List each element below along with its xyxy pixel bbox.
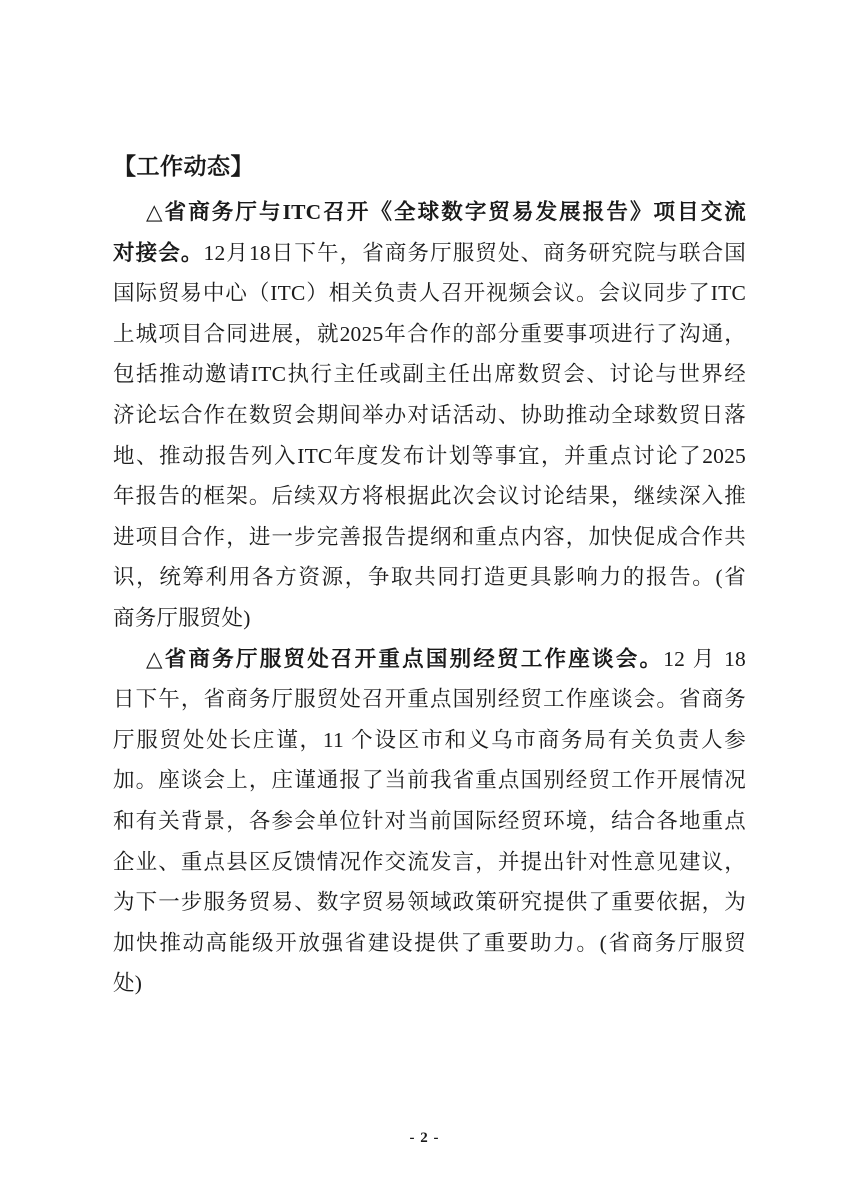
article-title-bold: 对接会。 xyxy=(113,241,204,265)
article-text: 地、推动报告列入ITC年度发布计划等事宜，并重点讨论了2025 xyxy=(113,444,746,468)
document-content: 【工作动态】 △省商务厅与ITC召开《全球数字贸易发展报告》项目交流 对接会。1… xyxy=(113,150,746,1004)
article-line: 加。座谈会上，庄谨通报了当前我省重点国别经贸工作开展情况 xyxy=(113,760,746,801)
article-text: 包括推动邀请ITC执行主任或副主任出席数贸会、讨论与世界经 xyxy=(113,362,746,386)
article-line: 对接会。12月18日下午，省商务厅服贸处、商务研究院与联合国 xyxy=(113,233,746,274)
article-text: 济论坛合作在数贸会期间举办对话活动、协助推动全球数贸日落 xyxy=(113,403,746,427)
article-text: 加快推动高能级开放强省建设提供了重要助力。(省商务厅服贸 xyxy=(113,931,746,955)
article-text: 年报告的框架。后续双方将根据此次会议讨论结果，继续深入推 xyxy=(113,484,746,508)
article-text: 和有关背景，各参会单位针对当前国际经贸环境，结合各地重点 xyxy=(113,809,746,833)
article-text: 进项目合作，进一步完善报告提纲和重点内容，加快促成合作共 xyxy=(113,525,746,549)
article-line: 年报告的框架。后续双方将根据此次会议讨论结果，继续深入推 xyxy=(113,476,746,517)
document-page: 【工作动态】 △省商务厅与ITC召开《全球数字贸易发展报告》项目交流 对接会。1… xyxy=(0,0,849,1200)
article-text: 12月18日下午，省商务厅服贸处、商务研究院与联合国 xyxy=(204,241,746,265)
article-line: △省商务厅与ITC召开《全球数字贸易发展报告》项目交流 xyxy=(113,192,746,233)
article-line: △省商务厅服贸处召开重点国别经贸工作座谈会。12 月 18 xyxy=(113,639,746,680)
article-text: 厅服贸处处长庄谨，11 个设区市和义乌市商务局有关负责人参 xyxy=(113,728,746,752)
article-line: 企业、重点县区反馈情况作交流发言，并提出针对性意见建议， xyxy=(113,842,746,883)
article-text: 处) xyxy=(113,971,142,995)
article-text: 识，统筹利用各方资源，争取共同打造更具影响力的报告。(省 xyxy=(113,565,746,589)
article-line: 加快推动高能级开放强省建设提供了重要助力。(省商务厅服贸 xyxy=(113,923,746,964)
article-text: 为下一步服务贸易、数字贸易领域政策研究提供了重要依据，为 xyxy=(113,890,746,914)
article-line: 和有关背景，各参会单位针对当前国际经贸环境，结合各地重点 xyxy=(113,801,746,842)
article-text: 日下午，省商务厅服贸处召开重点国别经贸工作座谈会。省商务 xyxy=(113,687,746,711)
article-text: 加。座谈会上，庄谨通报了当前我省重点国别经贸工作开展情况 xyxy=(113,768,746,792)
article-line: 济论坛合作在数贸会期间举办对话活动、协助推动全球数贸日落 xyxy=(113,395,746,436)
article-title-bold: △省商务厅服贸处召开重点国别经贸工作座谈会。 xyxy=(146,647,663,671)
article-text: 商务厅服贸处) xyxy=(113,606,251,630)
article-text: 国际贸易中心（ITC）相关负责人召开视频会议。会议同步了ITC xyxy=(113,281,746,305)
article-text: 12 月 18 xyxy=(663,647,746,671)
article-line: 识，统筹利用各方资源，争取共同打造更具影响力的报告。(省 xyxy=(113,557,746,598)
news-article-country-trade-symposium: △省商务厅服贸处召开重点国别经贸工作座谈会。12 月 18 日下午，省商务厅服贸… xyxy=(113,639,746,1004)
article-line: 地、推动报告列入ITC年度发布计划等事宜，并重点讨论了2025 xyxy=(113,436,746,477)
article-line: 进项目合作，进一步完善报告提纲和重点内容，加快促成合作共 xyxy=(113,517,746,558)
article-line: 上城项目合同进展，就2025年合作的部分重要事项进行了沟通， xyxy=(113,314,746,355)
article-line: 商务厅服贸处) xyxy=(113,598,746,639)
news-article-itc-meeting: △省商务厅与ITC召开《全球数字贸易发展报告》项目交流 对接会。12月18日下午… xyxy=(113,192,746,639)
article-text: 上城项目合同进展，就2025年合作的部分重要事项进行了沟通， xyxy=(113,322,746,346)
article-line: 日下午，省商务厅服贸处召开重点国别经贸工作座谈会。省商务 xyxy=(113,679,746,720)
article-line: 厅服贸处处长庄谨，11 个设区市和义乌市商务局有关负责人参 xyxy=(113,720,746,761)
article-text: 企业、重点县区反馈情况作交流发言，并提出针对性意见建议， xyxy=(113,850,746,874)
article-line: 国际贸易中心（ITC）相关负责人召开视频会议。会议同步了ITC xyxy=(113,273,746,314)
article-line: 为下一步服务贸易、数字贸易领域政策研究提供了重要依据，为 xyxy=(113,882,746,923)
article-line: 处) xyxy=(113,963,746,1004)
page-number: - 2 - xyxy=(0,1130,849,1147)
article-title-bold: △省商务厅与ITC召开《全球数字贸易发展报告》项目交流 xyxy=(146,200,746,224)
section-heading: 【工作动态】 xyxy=(113,150,746,183)
article-line: 包括推动邀请ITC执行主任或副主任出席数贸会、讨论与世界经 xyxy=(113,354,746,395)
